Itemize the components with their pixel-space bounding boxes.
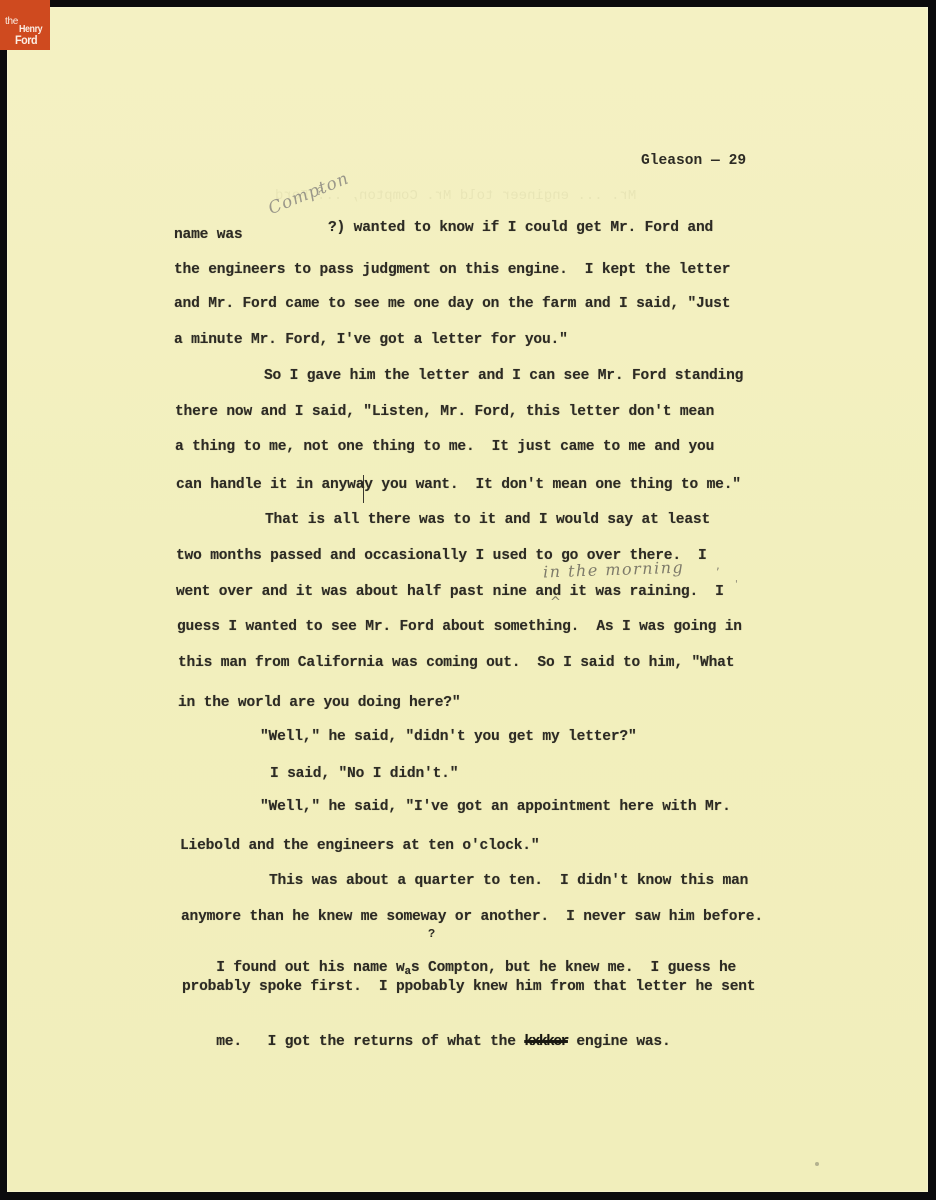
typed-line: can handle it in anyway you want. It don… — [176, 477, 741, 493]
typed-line-part: engine was. — [568, 1034, 671, 1050]
typed-line: anymore than he knew me someway or anoth… — [181, 909, 763, 925]
typed-line: this man from California was coming out.… — [178, 655, 734, 671]
typed-line-part: me. I got the returns of what the — [216, 1034, 524, 1050]
typed-line: a minute Mr. Ford, I've got a letter for… — [174, 332, 568, 348]
paper-smudge — [815, 1162, 819, 1166]
typed-line: name was — [174, 227, 242, 243]
typed-line: Liebold and the engineers at ten o'clock… — [180, 838, 539, 854]
typed-line: "Well," he said, "didn't you get my lett… — [260, 729, 637, 745]
typed-line: That is all there was to it and I would … — [265, 512, 710, 528]
typed-line: So I gave him the letter and I can see M… — [264, 368, 743, 384]
typed-line-part: s Compton, but he knew me. I guess he — [411, 960, 736, 976]
henry-ford-logo: the Henry Ford — [0, 0, 50, 50]
logo-text-ford: Ford — [15, 33, 37, 47]
typed-line: two months passed and occasionally I use… — [176, 548, 707, 564]
proof-tick-mark: ' — [735, 579, 738, 590]
typed-line: the engineers to pass judgment on this e… — [174, 262, 730, 278]
typed-line: probably spoke first. I ppobably knew hi… — [182, 979, 755, 995]
document-page: Mr. ... engineer told Mr. Compton, ... F… — [7, 7, 928, 1192]
typed-line: in the world are you doing here?" — [178, 695, 460, 711]
typed-line: me. I got the returns of what the kxkker… — [182, 1018, 671, 1066]
typed-line: a thing to me, not one thing to me. It j… — [175, 439, 714, 455]
typed-line: This was about a quarter to ten. I didn'… — [269, 873, 748, 889]
logo-text-the: the — [5, 16, 18, 27]
typed-line: there now and I said, "Listen, Mr. Ford,… — [175, 404, 714, 420]
typed-line: guess I wanted to see Mr. Ford about som… — [177, 619, 742, 635]
typed-line: I said, "No I didn't." — [270, 766, 458, 782]
page-header: Gleason — 29 — [641, 153, 746, 169]
typed-line: ?) wanted to know if I could get Mr. For… — [328, 220, 713, 236]
typed-line: "Well," he said, "I've got an appointmen… — [260, 799, 731, 815]
typed-line: went over and it was about half past nin… — [176, 584, 724, 600]
typed-subscript-correction: a — [405, 966, 411, 978]
typed-line: and Mr. Ford came to see me one day on t… — [174, 296, 730, 312]
typed-line-part: I found out his name w — [216, 960, 404, 976]
proof-comma-mark: , — [716, 558, 720, 572]
typed-question-mark: ? — [428, 927, 435, 941]
struck-out-word: kxkker — [524, 1034, 568, 1050]
